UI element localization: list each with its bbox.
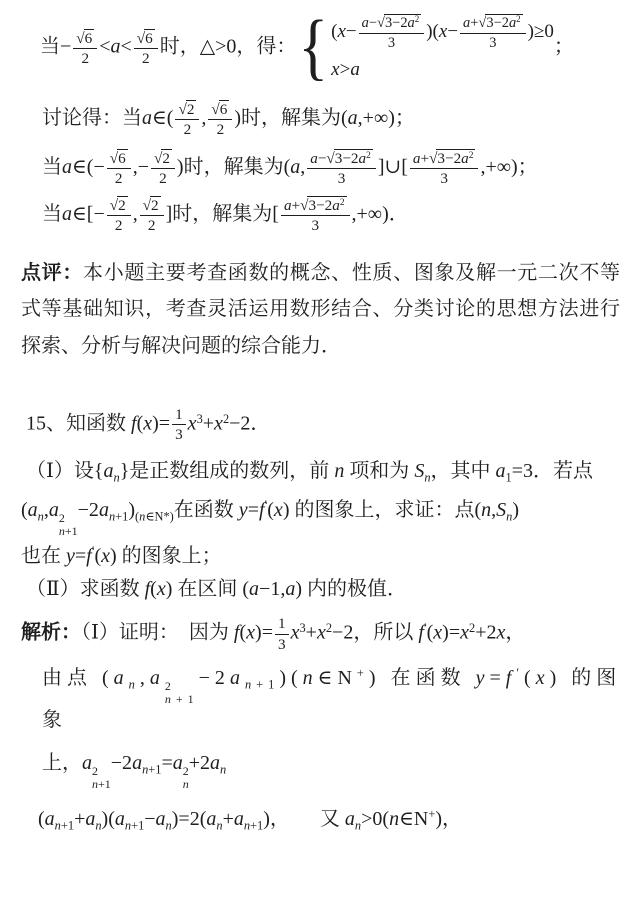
line-case-neg: 当a∈(−√62,−√22)时，解集为(a,a−√3−2a23]∪[a+√3−2… [42, 149, 624, 188]
document-page: 当−√62<a<√62时，△>0，得：{(x−a−√3−2a23)(x−a+√3… [0, 0, 640, 905]
step-line-2: 上，a2n+1−2an+1=a2n+2an [42, 748, 624, 790]
line-case-delta: 当−√62<a<√62时，△>0，得：{(x−a−√3−2a23)(x−a+√3… [40, 14, 632, 82]
part-2: （Ⅱ）求函数 f(x) 在区间 (a−1,a) 内的极值． [26, 574, 624, 605]
comment-paragraph: 点评：本小题主要考查函数的概念、性质、图象及解一元二次不等式等基础知识，考查灵活… [21, 255, 620, 364]
part-1-line-2: (an,a2n+1−2an+1)(n∈N*)在函数 y=f′(x) 的图象上，求… [21, 495, 630, 537]
part-1: （Ⅰ）设{an}是正数组成的数列，前 n 项和为 Sn，其中 a1=3．若点 [26, 456, 624, 487]
line-case-closed: 当a∈[−√22,√22]时，解集为[a+√3−2a23,+∞)． [42, 196, 624, 235]
part-1-line-3: 也在 y=f′(x) 的图象上； [21, 541, 624, 572]
step-line-1: 由点 (an,a2n+1−2an+1)(n∈N+) 在函数 y=f′(x) 的图… [42, 663, 632, 736]
analysis-line: 解析：（Ⅰ）证明： 因为 f(x)=13x3+x2−2，所以 f′(x)=x2+… [21, 615, 632, 653]
document-body: 当−√62<a<√62时，△>0，得：{(x−a−√3−2a23)(x−a+√3… [0, 14, 640, 835]
line-discuss: 讨论得：当a∈(√22,√62)时，解集为(a,+∞)； [42, 100, 624, 139]
step-line-3: (an+1+an)(an+1−an)=2(an+an+1)， 又 an>0(n∈… [38, 804, 624, 835]
problem-15: 15、知函数 f(x)=13x3+x2−2． [26, 406, 624, 444]
